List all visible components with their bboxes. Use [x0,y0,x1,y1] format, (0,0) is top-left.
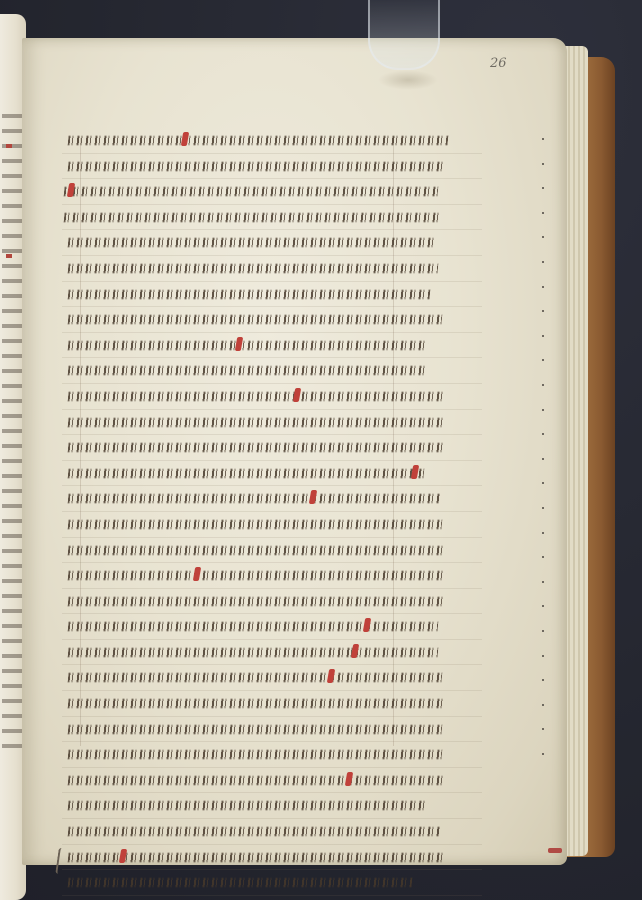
handwritten-text: tue p teritudie dice potuissz p ea respi… [67,289,430,300]
pricking-mark [542,482,544,484]
pricking-mark [542,310,544,312]
pricking-mark [542,630,544,632]
handwritten-text: zareth vidisti q afflicoem misi i pdco n… [67,468,424,479]
pricking-mark [542,704,544,706]
manuscript-line: minsces genuflexit / et cu lacrimis deo … [62,154,482,180]
handwritten-text: eos et ignorans q exhiuliare faciebat et… [67,621,438,632]
manuscript-line: Quod vbu illi no intellexerunt Dixit et … [62,384,482,410]
left-page-rubric [6,144,12,148]
pricking-mark [542,212,544,214]
pricking-mark [542,261,544,263]
handwritten-text: opibz pris sui stende voluit et et pea q… [67,749,442,760]
handwritten-text: eu dixit fili qd fecisti nob sic ego et … [67,314,442,325]
handwritten-text: cognatos et notos inter eos no fuit. Sed… [67,775,444,786]
pricking-mark [542,581,544,583]
pricking-mark [542,507,544,509]
pricking-mark [542,286,544,288]
handwritten-text: tes querebam te. Et ille dixit me quereb… [67,340,428,351]
handwritten-text: adherere no debz et cosanguineos cuisari… [67,698,444,709]
manuscript-line: pio aliquantulu cateo sit reiecit neque … [62,256,482,282]
bottom-red-mark [548,848,562,853]
pricking-mark [542,138,544,140]
pricking-mark [542,605,544,607]
handwritten-text: ri brachia sustinens et stringes et oscu… [63,212,440,223]
manuscript-line: cognatos et notos inter eos no fuit. Sed… [62,768,482,794]
manuscript-line: ille ego facia quod placuit vobis et red… [62,435,482,461]
pricking-mark [542,556,544,558]
pricking-mark [542,384,544,386]
handwritten-text: tu placido sapienti et reuenti et audieb… [67,596,444,607]
pricking-mark [542,679,544,681]
manuscript-line: tigit Pts qm morte tabescat qz diliget e… [62,845,482,871]
pricking-mark [542,753,544,755]
pricking-mark [542,433,544,435]
manuscript-line: zareth vidisti q afflicoem misi i pdco n… [62,461,482,487]
handwritten-text: videt. B. se ee derelictu a deo eu et ma… [67,826,440,837]
manuscript-line: i facie medicacoibz et bonis opibz et fe… [62,870,482,896]
manuscript-line: pib ihc paup. Cosyrace eu sedente int do… [62,563,482,589]
manuscript-line: eos et ignorans q exhiuliare faciebat et… [62,614,482,640]
manuscript-line: i medio doctor. Dut ipa videns eu exilit… [62,128,482,154]
handwritten-text: i medio doctor. Dut ipa videns eu exilit… [67,135,448,146]
handwritten-text: petit se hospitari ibide comedit et hosp… [67,545,446,556]
manuscript-line: ri brachia sustinens et stringes et oscu… [62,205,482,231]
pricking-mark [542,359,544,361]
pricking-mark [542,458,544,460]
pricking-mark [542,728,544,730]
pricking-mark [542,236,544,238]
manuscript-line: qmd fecit pdco pu i illo cdno. Consydera… [62,486,482,512]
text-block: i medio doctor. Dut ipa videns eu exilit… [62,128,482,896]
manuscript-line: In hiis que pris mei sunt oportet me es. [62,358,482,384]
pricking-mark [542,187,544,189]
handwritten-text: Quod vbu illi no intellexerunt Dixit et … [67,391,446,402]
manuscript-line: adherere no debz et cosanguineos cuisari… [62,691,482,717]
handwritten-text: qmd fecit pdco pu i illo cdno. Consydera… [67,493,440,504]
manuscript-line: videt. B. se ee derelictu a deo eu et ma… [62,819,482,845]
manuscript-line: viuit no miret si aliqn inter aspida rem… [62,793,482,819]
handwritten-text: volo q redeas ad domu nram no vis redire… [67,417,444,428]
manuscript-line: tu placido sapienti et reuenti et audieb… [62,589,482,615]
handwritten-text: i facie medicacoibz et bonis opibz et fe… [67,877,412,888]
pricking-mark [542,335,544,337]
manuscript-page: 26 i medio doctor. Dut ipa videns eu exi… [22,38,567,865]
pricking-mark [542,163,544,165]
manuscript-line: quo se redinat ad dom hospitale paupm et… [62,512,482,538]
handwritten-text: cede ut et pu ihc a se dimisit dilectiss… [67,724,442,735]
handwritten-text: Pu a ihc videns misen venit ad ea que ip… [63,186,438,197]
manuscript-line: tes querebam te. Et ille dixit me quereb… [62,333,482,359]
manuscript-line: petit se hospitari ibide comedit et hosp… [62,538,482,564]
folio-number: 26 [490,56,507,71]
left-page-text-fragment [2,114,22,754]
manuscript-line: beatidretes stup mirabilibz pusis ei. Co… [62,640,482,666]
handwritten-text: pio aliquantulu cateo sit reiecit neque … [67,263,438,274]
pricking-mark [542,655,544,657]
handwritten-text: quo se redinat ad dom hospitale paupm et… [67,519,442,530]
manuscript-line: opibz pris sui stende voluit et et pea q… [62,742,482,768]
manuscript-line: volo q redeas ad domu nram no vis redire… [62,410,482,436]
handwritten-text: In hiis que pris mei sunt oportet me es. [67,365,426,376]
page-holder-strip [368,0,440,70]
handwritten-text: ille ego facia quod placuit vobis et red… [67,442,444,453]
manuscript-line: eu dixit fili qd fecisti nob sic ego et … [62,307,482,333]
manuscript-line: cit pouit / vultu ad vultu et tenes eu i… [62,230,482,256]
pricking-mark [542,532,544,534]
handwritten-text: cit pouit / vultu ad vultu et tenes eu i… [67,237,434,248]
manuscript-line: tes i pdas tria valde notabilia. Pmu qm … [62,665,482,691]
pricking-mark [542,409,544,411]
manuscript-line: cede ut et pu ihc a se dimisit dilectiss… [62,717,482,743]
handwritten-text: beatidretes stup mirabilibz pusis ei. Co… [67,647,438,658]
handwritten-text: tes i pdas tria valde notabilia. Pmu qm … [67,672,442,683]
clip-shadow [378,70,438,90]
manuscript-line: Pu a ihc videns misen venit ad ea que ip… [62,179,482,205]
handwritten-text: viuit no miret si aliqn inter aspida rem… [67,800,428,811]
handwritten-text: minsces genuflexit / et cu lacrimis deo … [67,161,446,172]
handwritten-text: pib ihc paup. Cosyrace eu sedente int do… [67,570,446,581]
manuscript-line: tue p teritudie dice potuissz p ea respi… [62,282,482,308]
left-page-rubric [6,254,12,258]
